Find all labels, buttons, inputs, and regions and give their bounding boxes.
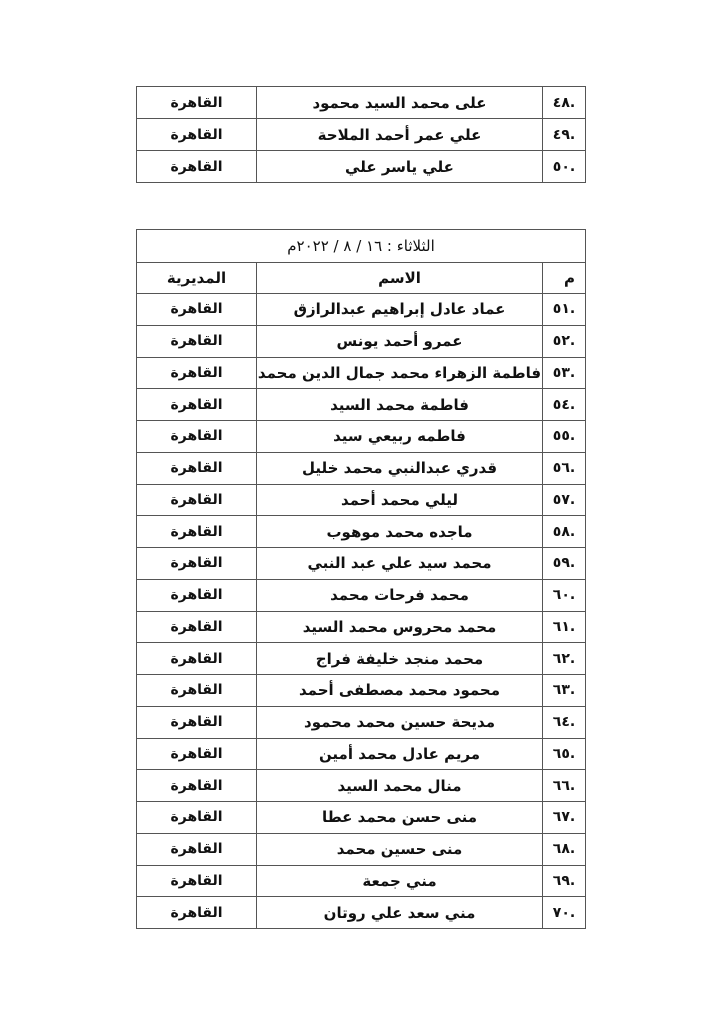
table-row: .٥٩محمد سيد علي عبد النبيالقاهرة (137, 548, 586, 580)
date-title-row: الثلاثاء : ١٦ / ٨ / ٢٠٢٢م (137, 230, 586, 263)
directorate-name: القاهرة (137, 119, 257, 151)
person-name: مني جمعة (257, 865, 543, 897)
table-row: .٦٦منال محمد السيدالقاهرة (137, 770, 586, 802)
row-number: .٦٩ (543, 865, 586, 897)
row-number: .٥٢ (543, 325, 586, 357)
person-name: علي ياسر علي (257, 151, 543, 183)
person-name: علي عمر أحمد الملاحة (257, 119, 543, 151)
row-number: .٦٢ (543, 643, 586, 675)
person-name: عمرو أحمد يونس (257, 325, 543, 357)
person-name: ليلي محمد أحمد (257, 484, 543, 516)
directorate-name: القاهرة (137, 675, 257, 707)
table-row: .٤٨على محمد السيد محمودالقاهرة (137, 87, 586, 119)
person-name: فاطمة الزهراء محمد جمال الدين محمد (257, 357, 543, 389)
table-row: .٥٢عمرو أحمد يونسالقاهرة (137, 325, 586, 357)
table-row: .٦٨منى حسين محمدالقاهرة (137, 833, 586, 865)
date-title: الثلاثاء : ١٦ / ٨ / ٢٠٢٢م (137, 230, 586, 263)
person-name: مريم عادل محمد أمين (257, 738, 543, 770)
table-row: .٥٠علي ياسر عليالقاهرة (137, 151, 586, 183)
directorate-name: القاهرة (137, 357, 257, 389)
row-number: .٥١ (543, 294, 586, 326)
row-number: .٦٧ (543, 802, 586, 834)
row-number: .٧٠ (543, 897, 586, 929)
directorate-name: القاهرة (137, 611, 257, 643)
header-row: م الاسم المديرية (137, 263, 586, 294)
person-name: منى حسين محمد (257, 833, 543, 865)
directorate-name: القاهرة (137, 421, 257, 453)
attendees-table-tuesday: الثلاثاء : ١٦ / ٨ / ٢٠٢٢م م الاسم المدير… (136, 229, 586, 929)
directorate-name: القاهرة (137, 738, 257, 770)
person-name: محمد سيد علي عبد النبي (257, 548, 543, 580)
directorate-name: القاهرة (137, 897, 257, 929)
table-row: .٥٨ماجده محمد موهوبالقاهرة (137, 516, 586, 548)
table-row: .٥٤فاطمة محمد السيدالقاهرة (137, 389, 586, 421)
row-number: .٦٨ (543, 833, 586, 865)
person-name: محمد محروس محمد السيد (257, 611, 543, 643)
row-number: .٥٤ (543, 389, 586, 421)
row-number: .٥٣ (543, 357, 586, 389)
row-number: .٦١ (543, 611, 586, 643)
table-row: .٦٣محمود محمد مصطفى أحمدالقاهرة (137, 675, 586, 707)
row-number: .٥٩ (543, 548, 586, 580)
person-name: محمد فرحات محمد (257, 579, 543, 611)
header-number: م (543, 263, 586, 294)
table-row: .٦٥مريم عادل محمد أمينالقاهرة (137, 738, 586, 770)
row-number: .٦٤ (543, 706, 586, 738)
person-name: منال محمد السيد (257, 770, 543, 802)
row-number: .٥٦ (543, 452, 586, 484)
table-row: .٦٢محمد منجد خليفة فراجالقاهرة (137, 643, 586, 675)
person-name: فاطمه ربيعي سيد (257, 421, 543, 453)
directorate-name: القاهرة (137, 643, 257, 675)
person-name: عماد عادل إبراهيم عبدالرازق (257, 294, 543, 326)
directorate-name: القاهرة (137, 833, 257, 865)
person-name: منى حسن محمد عطا (257, 802, 543, 834)
directorate-name: القاهرة (137, 516, 257, 548)
row-number: .٤٨ (543, 87, 586, 119)
row-number: .٤٩ (543, 119, 586, 151)
table-row: .٦١محمد محروس محمد السيدالقاهرة (137, 611, 586, 643)
person-name: محمد منجد خليفة فراج (257, 643, 543, 675)
table-row: .٥١عماد عادل إبراهيم عبدالرازقالقاهرة (137, 294, 586, 326)
directorate-name: القاهرة (137, 151, 257, 183)
directorate-name: القاهرة (137, 548, 257, 580)
directorate-name: القاهرة (137, 865, 257, 897)
person-name: ماجده محمد موهوب (257, 516, 543, 548)
row-number: .٦٥ (543, 738, 586, 770)
directorate-name: القاهرة (137, 452, 257, 484)
directorate-name: القاهرة (137, 325, 257, 357)
table-row: .٦٠محمد فرحات محمدالقاهرة (137, 579, 586, 611)
table-row: .٥٦قدري عبدالنبي محمد خليلالقاهرة (137, 452, 586, 484)
table-row: .٧٠مني سعد علي روتانالقاهرة (137, 897, 586, 929)
row-number: .٥٨ (543, 516, 586, 548)
row-number: .٥٠ (543, 151, 586, 183)
directorate-name: القاهرة (137, 294, 257, 326)
table-row: .٦٤مديحة حسين محمد محمودالقاهرة (137, 706, 586, 738)
directorate-name: القاهرة (137, 389, 257, 421)
header-directorate: المديرية (137, 263, 257, 294)
person-name: مني سعد علي روتان (257, 897, 543, 929)
directorate-name: القاهرة (137, 87, 257, 119)
table-body: .٥١عماد عادل إبراهيم عبدالرازقالقاهرة.٥٢… (137, 294, 586, 929)
row-number: .٦٠ (543, 579, 586, 611)
person-name: قدري عبدالنبي محمد خليل (257, 452, 543, 484)
row-number: .٦٣ (543, 675, 586, 707)
person-name: فاطمة محمد السيد (257, 389, 543, 421)
person-name: مديحة حسين محمد محمود (257, 706, 543, 738)
table-row: .٦٧منى حسن محمد عطاالقاهرة (137, 802, 586, 834)
person-name: محمود محمد مصطفى أحمد (257, 675, 543, 707)
directorate-name: القاهرة (137, 579, 257, 611)
header-name: الاسم (257, 263, 543, 294)
attendees-table-continued: .٤٨على محمد السيد محمودالقاهرة.٤٩علي عمر… (136, 86, 586, 183)
table-row: .٤٩علي عمر أحمد الملاحةالقاهرة (137, 119, 586, 151)
row-number: .٦٦ (543, 770, 586, 802)
directorate-name: القاهرة (137, 706, 257, 738)
directorate-name: القاهرة (137, 770, 257, 802)
table-row: .٥٣فاطمة الزهراء محمد جمال الدين محمدالق… (137, 357, 586, 389)
table-body: .٤٨على محمد السيد محمودالقاهرة.٤٩علي عمر… (137, 87, 586, 183)
table-row: .٥٧ليلي محمد أحمدالقاهرة (137, 484, 586, 516)
directorate-name: القاهرة (137, 802, 257, 834)
row-number: .٥٥ (543, 421, 586, 453)
table-row: .٥٥فاطمه ربيعي سيدالقاهرة (137, 421, 586, 453)
table-row: .٦٩مني جمعةالقاهرة (137, 865, 586, 897)
directorate-name: القاهرة (137, 484, 257, 516)
row-number: .٥٧ (543, 484, 586, 516)
person-name: على محمد السيد محمود (257, 87, 543, 119)
